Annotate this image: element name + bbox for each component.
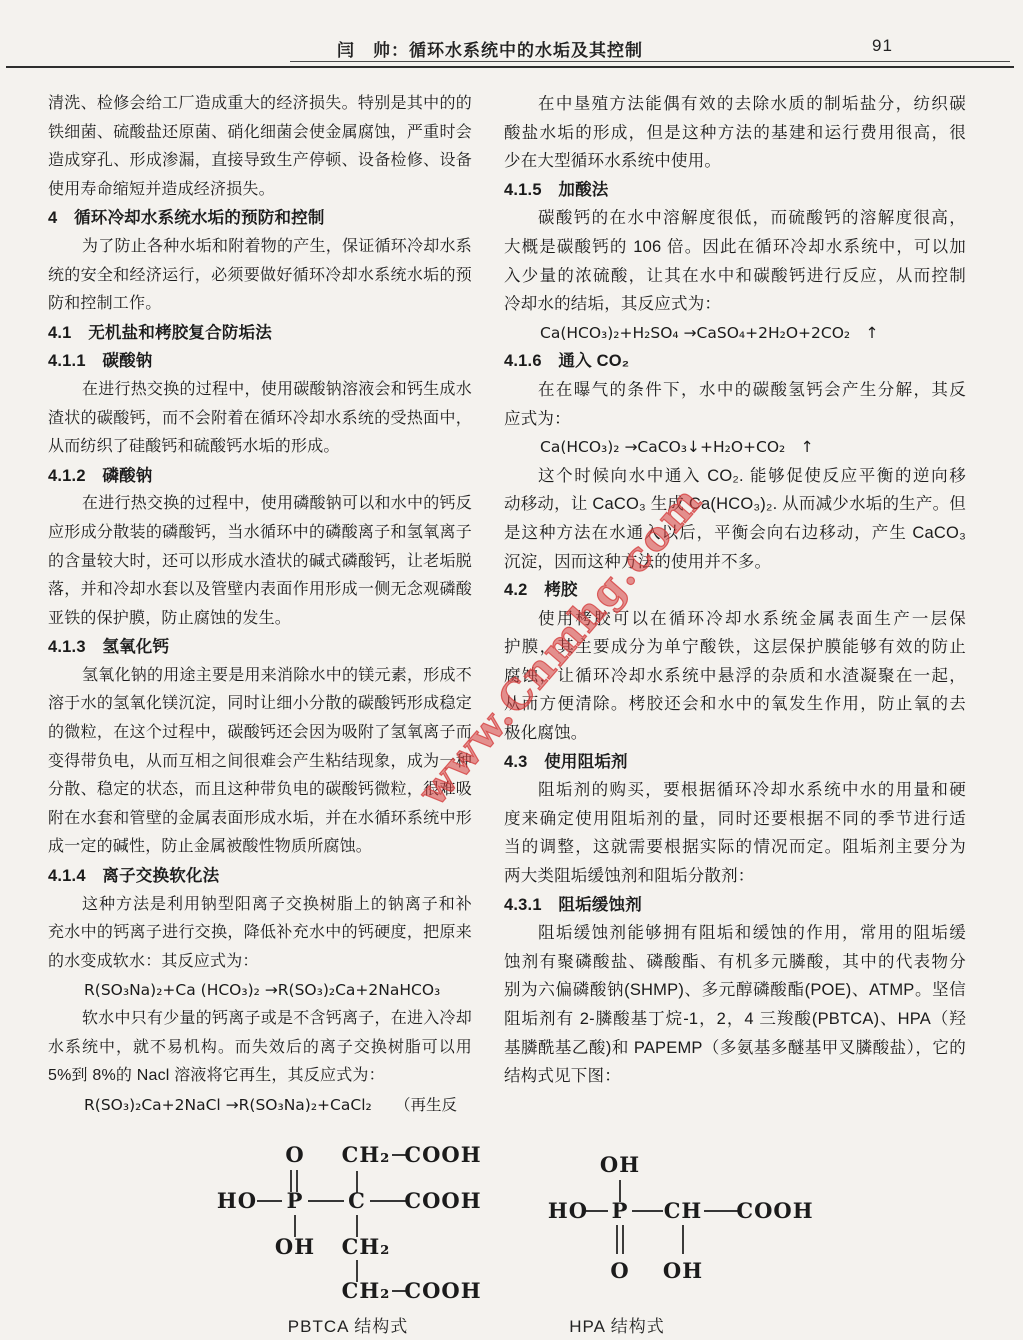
text-line: 这个时候向水中通入 CO₂. 能够促使反应平衡的逆向移: [504, 462, 966, 491]
text-line: 在进行热交换的过程中，使用磷酸钠可以和水中的钙反: [48, 490, 472, 519]
section-heading: 4.1.2 磷酸钠: [48, 462, 472, 491]
section-heading: 4.1.1 碳酸钠: [48, 347, 472, 376]
text-line: 在进行热交换的过程中，使用碳酸钠溶液会和钙生成水: [48, 376, 472, 405]
section-heading: 4.1 无机盐和栲胶复合防垢法: [48, 319, 472, 348]
formula-line: Ca(HCO₃)₂ →CaCO₃↓+H₂O+CO₂ ↑: [504, 433, 966, 462]
text-line: 动移动，让 CaCO₃ 生成 Ca(HCO₃)₂. 从而减少水垢的生产。但: [504, 490, 966, 519]
text-line: 软水中只有少量的钙离子或是不含钙离子，在进入冷却: [48, 1005, 472, 1034]
text-line: 度来确定使用阻垢剂的量，同时还要根据不同的季节进行适: [504, 805, 966, 834]
text-line: 的含量较大时，还可以形成水渣状的碱式磷酸钙，让老垢脱: [48, 548, 472, 577]
text-line: 从而纺织了硅酸钙和硫酸钙水垢的形成。: [48, 433, 472, 462]
text-line: 酸盐水垢的形成，但是这种方法的基建和运行费用很高，很: [504, 119, 966, 148]
text-line: 在在曝气的条件下，水中的碳酸氢钙会产生分解，其反: [504, 376, 966, 405]
text-line: 水系统中，就不易机构。而失效后的离子交换树脂可以用: [48, 1034, 472, 1063]
atom-label: OH: [600, 1152, 640, 1177]
pbtca-figure-caption: PBTCA 结构式: [263, 1314, 433, 1340]
text-line: 防和控制工作。: [48, 290, 472, 319]
hpa-figure-caption: HPA 结构式: [532, 1314, 702, 1340]
text-line: 这种方法是利用钠型阳离子交换树脂上的钠离子和补: [48, 891, 472, 920]
formula-line: R(SO₃)₂Ca+2NaCl →R(SO₃Na)₂+CaCl₂ （再生反应）: [48, 1091, 472, 1120]
right-column: 在中垦殖方法能偶有效的去除水质的制垢盐分，纺织碳酸盐水垢的形成，但是这种方法的基…: [504, 90, 966, 1091]
text-line: 5%到 8%的 Nacl 溶液将它再生，其反应式为：: [48, 1062, 472, 1091]
atom-label: HO: [548, 1198, 588, 1223]
atom-label: OH: [663, 1258, 703, 1283]
header-rule-thick: [6, 66, 1014, 68]
text-line: 大概是碳酸钙的 106 倍。因此在循环冷却水系统中，可以加: [504, 233, 966, 262]
section-heading: 4.1.3 氢氧化钙: [48, 633, 472, 662]
atom-label: P: [612, 1198, 629, 1223]
text-line: 结构式见下图：: [504, 1062, 966, 1091]
text-line: 蚀剂有聚磷酸盐、磷酸酯、有机多元膦酸，其中的代表物分: [504, 948, 966, 977]
text-line: 极化腐蚀。: [504, 719, 966, 748]
text-line: 基膦酰基乙酸)和 PAPEMP（多氨基多醚基甲叉膦酸盐），它的: [504, 1034, 966, 1063]
atom-label: OH: [275, 1234, 315, 1259]
hpa-structure-figure: OH HO P CH COOH O OH: [520, 1138, 850, 1313]
text-line: 别为六偏磷酸钠(SHMP)、多元醇磷酸酯(POE)、ATMP。坚信: [504, 976, 966, 1005]
text-line: 少在大型循环水系统中使用。: [504, 147, 966, 176]
text-line: 造成穿孔、形成渗漏，直接导致生产停顿、设备检修、设备: [48, 147, 472, 176]
atom-label: CH₂: [342, 1278, 391, 1303]
section-heading: 4 循环冷却水系统水垢的预防和控制: [48, 204, 472, 233]
bond-lines: [257, 1155, 409, 1291]
text-line: 清洗、检修会给工厂造成重大的经济损失。特别是其中的的: [48, 90, 472, 119]
running-header-title: 闫 帅：循环水系统中的水垢及其控制: [300, 36, 680, 61]
text-line: 阻垢缓蚀剂能够拥有阻垢和缓蚀的作用，常用的阻垢缓: [504, 919, 966, 948]
text-line: 碳酸钙的在水中溶解度很低，而硫酸钙的溶解度很高，: [504, 204, 966, 233]
section-heading: 4.3.1 阻垢缓蚀剂: [504, 891, 966, 920]
text-line: 腐蚀，让循环冷却水系统中悬浮的杂质和水渣凝聚在一起，: [504, 662, 966, 691]
page-number: 91: [872, 36, 893, 56]
text-line: 是这种方法在水通入以后，平衡会向右边移动，产生 CaCO₃: [504, 519, 966, 548]
text-line: 护膜，其主要成分为单宁酸铁，这层保护膜能够有效的防止: [504, 633, 966, 662]
text-line: 落，并和冷却水套以及管壁内表面作用形成一侧无念观磷酸: [48, 576, 472, 605]
text-line: 阻垢剂的购买，要根据循环冷却水系统中水的用量和硬: [504, 776, 966, 805]
text-line: 分散、稳定的状态，而且这种带负电的碳酸钙微粒，很难吸: [48, 776, 472, 805]
text-line: 氢氧化钠的用途主要是用来消除水中的镁元素，形成不: [48, 662, 472, 691]
text-line: 附在水套和管壁的金属表面形成水垢，并在水循环系统中形: [48, 805, 472, 834]
atom-label: CH₂: [342, 1142, 391, 1167]
formula-line: Ca(HCO₃)₂+H₂SO₄ →CaSO₄+2H₂O+2CO₂ ↑: [504, 319, 966, 348]
text-line: 当的调整，这就需要根据实际的情况而定。阻垢剂主要分为: [504, 833, 966, 862]
section-heading: 4.2 栲胶: [504, 576, 966, 605]
text-line: 变得带负电，从而互相之间很难会产生粘结现象，成为一种: [48, 748, 472, 777]
atom-label: P: [287, 1188, 304, 1213]
section-heading: 4.1.5 加酸法: [504, 176, 966, 205]
atom-label: COOH: [404, 1188, 481, 1213]
text-line: 成一定的碱性，防止金属被酸性物质所腐蚀。: [48, 833, 472, 862]
atom-label: CH: [664, 1198, 703, 1223]
text-line: 入少量的浓硫酸，让其在水中和碳酸钙进行反应，从而控制: [504, 262, 966, 291]
atom-label: HO: [217, 1188, 257, 1213]
atom-label: O: [285, 1142, 304, 1167]
atom-label: O: [610, 1258, 629, 1283]
header-rule-thin: [290, 61, 1010, 62]
section-heading: 4.1.4 离子交换软化法: [48, 862, 472, 891]
formula-line: R(SO₃Na)₂+Ca (HCO₃)₂ →R(SO₃)₂Ca+2NaHCO₃: [48, 976, 472, 1005]
text-line: 亚铁的保护膜，防止腐蚀的发生。: [48, 605, 472, 634]
section-heading: 4.1.6 通入 CO₂: [504, 347, 966, 376]
section-heading: 4.3 使用阻垢剂: [504, 748, 966, 777]
text-line: 从而方便清除。栲胶还会和水中的氧发生作用，防止氧的去: [504, 690, 966, 719]
scanned-paper-page: { "header": { "title": "闫 帅：循环水系统中的水垢及其控…: [0, 0, 1023, 1340]
left-column: 清洗、检修会给工厂造成重大的经济损失。特别是其中的的铁细菌、硫酸盐还原菌、硝化细…: [48, 90, 472, 1119]
text-line: 铁细菌、硫酸盐还原菌、硝化细菌会使金属腐蚀，严重时会: [48, 119, 472, 148]
text-line: 渣状的碳酸钙，而不会附着在循环冷却水系统的受热面中，: [48, 405, 472, 434]
text-line: 在中垦殖方法能偶有效的去除水质的制垢盐分，纺织碳: [504, 90, 966, 119]
text-line: 应式为：: [504, 405, 966, 434]
text-line: 为了防止各种水垢和附着物的产生，保证循环冷却水系: [48, 233, 472, 262]
text-line: 使用寿命缩短并造成经济损失。: [48, 176, 472, 205]
atom-label: COOH: [736, 1198, 813, 1223]
text-line: 的微粒，在这个过程中，碳酸钙还会因为吸附了氢氧离子而: [48, 719, 472, 748]
text-line: 使用栲胶可以在循环冷却水系统金属表面生产一层保: [504, 605, 966, 634]
text-line: 充水中的钙离子进行交换，降低补充水中的钙硬度，把原来: [48, 919, 472, 948]
atom-label: COOH: [404, 1278, 481, 1303]
text-line: 冷却水的结垢，其反应式为：: [504, 290, 966, 319]
pbtca-structure-figure: O CH₂ COOH HO P C COOH OH CH₂ CH₂ COOH: [185, 1138, 515, 1313]
atom-label: CH₂: [342, 1234, 391, 1259]
atom-label: C: [348, 1188, 366, 1213]
text-line: 溶于水的氢氧化镁沉淀，同时让细小分散的碳酸钙形成稳定: [48, 690, 472, 719]
text-line: 阻垢剂有 2-膦酸基丁烷-1，2，4 三羧酸(PBTCA)、HPA（羟: [504, 1005, 966, 1034]
atom-label: COOH: [404, 1142, 481, 1167]
text-line: 两大类阻垢缓蚀剂和阻垢分散剂：: [504, 862, 966, 891]
text-line: 沉淀，因而这种方法的使用并不多。: [504, 548, 966, 577]
text-line: 统的安全和经济运行，必须要做好循环冷却水系统水垢的预: [48, 262, 472, 291]
text-line: 应形成分散装的磷酸钙，当水循环中的磷酸离子和氢氧离子: [48, 519, 472, 548]
text-line: 的水变成软水：其反应式为：: [48, 948, 472, 977]
